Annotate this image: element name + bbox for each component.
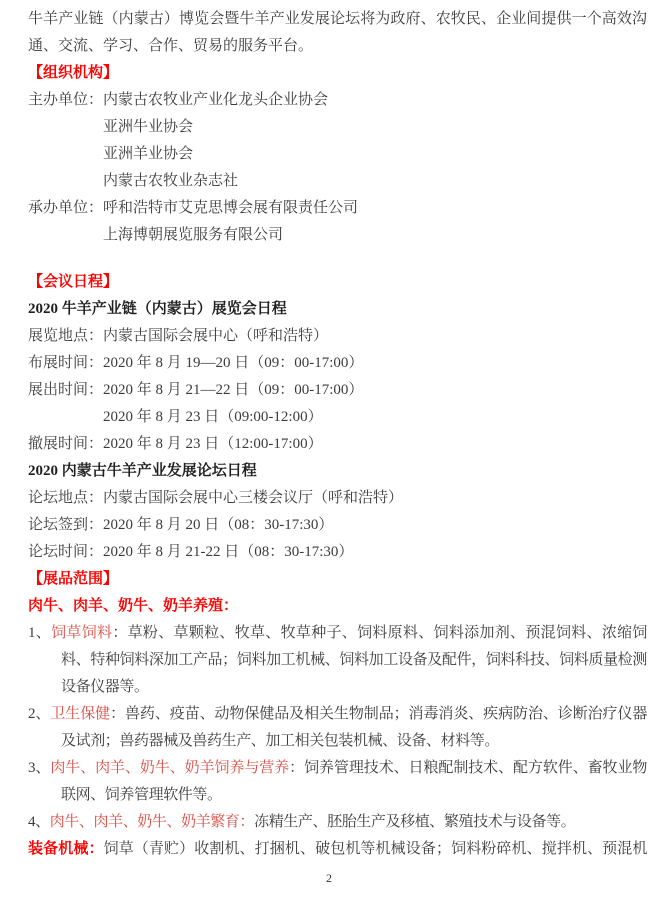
host-label: 主办单位： (28, 92, 103, 108)
exhibit-item-breeding: 4、肉牛、肉羊、奶牛、奶羊繁育：冻精生产、胚胎生产及移植、繁殖技术与设备等。 (28, 809, 647, 836)
expo-schedule-row: 撤展时间：2020 年 8 月 23 日（12:00-17:00） (28, 431, 647, 458)
machinery-paragraph: 装备机械：饲草（青贮）收割机、打捆机、破包机等机械设备；饲料粉碎机、搅拌机、预混… (28, 836, 647, 863)
expo-schedule-title: 2020 牛羊产业链（内蒙古）展览会日程 (28, 296, 647, 323)
exhibit-item-feed: 1、饲草饲料：草粉、草颗粒、牧草、牧草种子、饲料原料、饲料添加剂、预混饲料、浓缩… (28, 620, 647, 701)
item-number: 1、 (28, 625, 51, 641)
schedule-value: 2020 年 8 月 23 日（12:00-17:00） (103, 436, 323, 452)
schedule-label: 布展时间： (28, 355, 103, 371)
expo-schedule-row: 布展时间：2020 年 8 月 19—20 日（09：00-17:00） (28, 350, 647, 377)
schedule-value: 2020 年 8 月 21—22 日（09：00-17:00） (103, 382, 363, 398)
exhibits-subheader: 肉牛、肉羊、奶牛、奶羊养殖： (28, 593, 647, 620)
item-number: 2、 (28, 706, 50, 722)
document-page: 牛羊产业链（内蒙古）博览会暨牛羊产业发展论坛将为政府、农牧民、企业间提供一个高效… (0, 0, 658, 910)
expo-schedule-row: 展览地点：内蒙古国际会展中心（呼和浩特） (28, 323, 647, 350)
exhibit-item-health: 2、卫生保健：兽药、疫苗、动物保健品及相关生物制品；消毒消炎、疾病防治、诊断治疗… (28, 701, 647, 755)
schedule-label: 论坛签到： (28, 517, 103, 533)
item-separator: ： (289, 760, 304, 776)
item-separator: ： (110, 706, 125, 722)
organizer-value: 呼和浩特市艾克思博会展有限责任公司 (103, 200, 358, 216)
item-number: 4、 (28, 814, 50, 830)
expo-schedule-row: 展出时间：2020 年 8 月 21—22 日（09：00-17:00） (28, 377, 647, 404)
host-value: 内蒙古农牧业产业化龙头企业协会 (103, 92, 328, 108)
organizer-value: 上海博朝展览服务有限公司 (28, 222, 647, 249)
intro-paragraph: 牛羊产业链（内蒙古）博览会暨牛羊产业发展论坛将为政府、农牧民、企业间提供一个高效… (28, 6, 647, 60)
item-text: 兽药、疫苗、动物保健品及相关生物制品；消毒消炎、疾病防治、诊断治疗仪器及试剂；兽… (61, 706, 647, 749)
schedule-value: 2020 年 8 月 21-22 日（08：30-17:30） (103, 544, 353, 560)
item-text: 草粉、草颗粒、牧草、牧草种子、饲料原料、饲料添加剂、预混饲料、浓缩饲料、特种饲料… (61, 625, 647, 695)
schedule-value: 2020 年 8 月 20 日（08：30-17:30） (103, 517, 333, 533)
schedule-value: 2020 年 8 月 19—20 日（09：00-17:00） (103, 355, 363, 371)
organizer-label: 承办单位： (28, 200, 103, 216)
forum-schedule-row: 论坛签到：2020 年 8 月 20 日（08：30-17:30） (28, 512, 647, 539)
machinery-text: 饲草（青贮）收割机、打捆机、破包机等机械设备；饲料粉碎机、搅拌机、预混机 (104, 841, 647, 857)
host-units-row: 主办单位：内蒙古农牧业产业化龙头企业协会 (28, 87, 647, 114)
host-value: 内蒙古农牧业杂志社 (28, 168, 647, 195)
exhibit-item-nutrition: 3、肉牛、肉羊、奶牛、奶羊饲养与营养：饲养管理技术、日粮配制技术、配方软件、畜牧… (28, 755, 647, 809)
schedule-value: 内蒙古国际会展中心（呼和浩特） (103, 328, 328, 344)
schedule-label: 论坛地点： (28, 490, 103, 506)
item-text: 冻精生产、胚胎生产及移植、繁殖技术与设备等。 (254, 814, 575, 830)
item-number: 3、 (28, 760, 50, 776)
page-number: 2 (0, 870, 658, 886)
organizer-units-row: 承办单位：呼和浩特市艾克思博会展有限责任公司 (28, 195, 647, 222)
forum-schedule-row: 论坛时间：2020 年 8 月 21-22 日（08：30-17:30） (28, 539, 647, 566)
item-keyword: 肉牛、肉羊、奶牛、奶羊饲养与营养 (50, 760, 289, 776)
item-separator: ： (112, 625, 127, 641)
schedule-label: 展览地点： (28, 328, 103, 344)
forum-schedule-title: 2020 内蒙古牛羊产业发展论坛日程 (28, 458, 647, 485)
expo-schedule-row-continuation: 2020 年 8 月 23 日（09:00-12:00） (28, 404, 647, 431)
section-header-exhibits: 【展品范围】 (28, 566, 647, 593)
schedule-label: 论坛时间： (28, 544, 103, 560)
item-keyword: 肉牛、肉羊、奶牛、奶羊繁育： (50, 814, 254, 830)
forum-schedule-row: 论坛地点：内蒙古国际会展中心三楼会议厅（呼和浩特） (28, 485, 647, 512)
schedule-label: 撤展时间： (28, 436, 103, 452)
item-keyword: 卫生保健 (50, 706, 110, 722)
schedule-label: 展出时间： (28, 382, 103, 398)
schedule-value: 内蒙古国际会展中心三楼会议厅（呼和浩特） (103, 490, 403, 506)
machinery-label: 装备机械： (28, 841, 104, 857)
item-keyword: 饲草饲料 (51, 625, 112, 641)
host-value: 亚洲羊业协会 (28, 141, 647, 168)
section-header-organization: 【组织机构】 (28, 60, 647, 87)
section-header-schedule: 【会议日程】 (28, 269, 647, 296)
host-value: 亚洲牛业协会 (28, 114, 647, 141)
